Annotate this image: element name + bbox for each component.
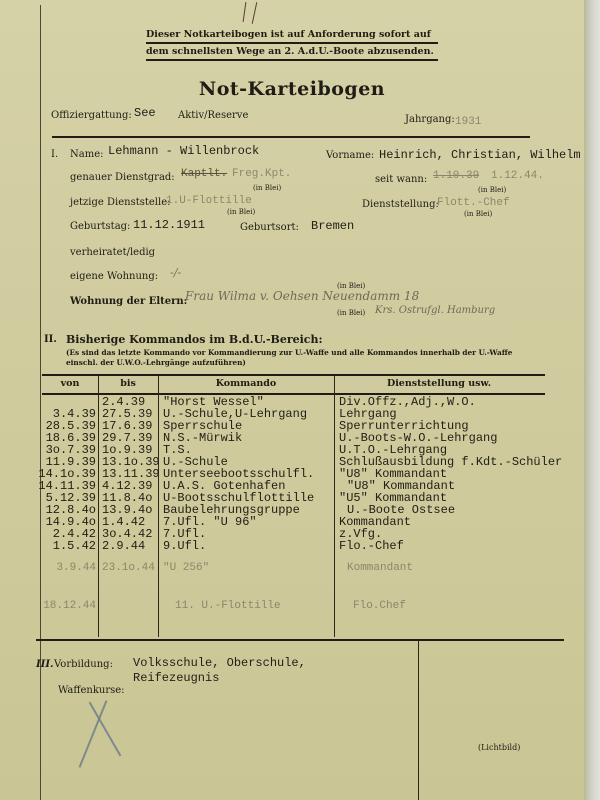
notice-line-1: Dieser Notkarteibogen ist auf Anforderun… [146,27,438,44]
vorname-value: Heinrich, Christian, Wilhelm [379,148,581,162]
verheiratet-ledig-label: verheiratet/ledig [70,247,155,258]
column-header-dienststellung: Dienststellung usw. [334,378,544,389]
table-cell-dienststellung: Flo.Chef [339,600,593,612]
notice-line-2: dem schnellsten Wege an 2. A.d.U.-Boote … [146,44,438,61]
in-blei-note: (in Blei) [337,309,365,317]
section-2-note-1: (Es sind das letzte Kommando vor Kommand… [66,348,512,357]
margin-line [40,5,41,800]
name-label: Name: [70,149,103,160]
photo-placeholder-label: (Lichtbild) [478,743,520,752]
column-header-von: von [42,378,98,389]
section-1-numeral: I. [51,149,58,160]
geburtsort-label: Geburtsort: [240,222,299,233]
waffenkurse-label: Waffenkurse: [58,685,125,696]
in-blei-note: (in Blei) [227,208,255,216]
page-title: Not-Karteibogen [0,78,584,100]
column-header-bis: bis [98,378,158,389]
section-2-numeral: II. [44,334,57,345]
geburtsort-value: Bremen [311,219,354,233]
section-3-numeral: III. [36,659,54,670]
page-edge [584,0,600,800]
aktiv-reserve-label: Aktiv/Reserve [178,110,248,121]
vorbildung-value-1: Volksschule, Oberschule, [133,656,306,670]
in-blei-note: (in Blei) [253,184,281,192]
table-cell-kommando: 9.Ufl. [163,540,343,552]
in-blei-note: (in Blei) [464,210,492,218]
table-cell-von: 1.5.42 [38,540,96,552]
dienststellung-value: Flott.-Chef [437,197,510,209]
geburtstag-label: Geburtstag: [70,221,130,232]
in-blei-note: (in Blei) [478,186,506,194]
dienststelle-label: jetzige Dienststelle: [70,197,170,208]
wohnung-eltern-value: Frau Wilma v. Oehsen Neuendamm 18 [185,289,419,303]
wohnung-eltern-label: Wohnung der Eltern: [70,296,187,307]
name-value: Lehmann - Willenbrock [108,144,259,158]
vorname-label: Vorname: [326,150,374,161]
photo-box-divider [418,640,419,800]
jahrgang-label: Jahrgang: [405,114,455,125]
table-cell-dienststellung: Kommandant [339,562,587,574]
dienststellung-label: Dienststellung: [362,199,439,210]
table-cell-kommando: "U 256" [163,562,343,574]
dienstgrad-struck: Kaptlt. [181,168,227,180]
offiziergattung-value: See [134,106,156,120]
wohnung-eltern-value-2: Krs. Ostrufgl. Hamburg [375,305,495,316]
jahrgang-value: 1931 [455,116,481,128]
dienststelle-value: 1.U-Flottille [166,195,252,207]
eigene-wohnung-label: eigene Wohnung: [70,271,158,282]
table-cell-kommando: 11. U.-Flottille [163,600,355,612]
vorbildung-label: Vorbildung: [54,659,113,670]
table-top-rule [42,374,545,376]
table-cell-bis: 23.1o.44 [102,562,162,574]
table-cell-bis: 2.9.44 [102,540,162,552]
section-2-title: Bisherige Kommandos im B.d.U.-Bereich: [66,333,323,346]
seit-wann-label: seit wann: [375,174,427,185]
col-divider [98,375,99,637]
column-header-kommando: Kommando [158,378,334,389]
dispatch-notice: Dieser Notkarteibogen ist auf Anforderun… [146,27,438,61]
table-cell-von: 18.12.44 [38,600,96,612]
geburtstag-value: 11.12.1911 [133,218,205,232]
table-bottom-rule [36,639,564,641]
table-cell-dienststellung: Flo.-Chef [339,540,579,552]
dienstgrad-label: genauer Dienstgrad: [70,172,175,183]
table-cell-von: 3.9.44 [38,562,96,574]
eigene-wohnung-value: -/- [170,266,181,279]
vorbildung-value-2: Reifezeugnis [133,671,219,685]
seit-wann-struck: 1.10.39 [433,170,479,182]
offiziergattung-label: Offiziergattung: [51,110,132,121]
section-2-note-2: einschl. der U.W.O.-Lehrgänge aufzuführe… [66,358,246,367]
dienstgrad-value: Freg.Kpt. [232,168,291,180]
header-rule [52,136,530,138]
seit-wann-value: 1.12.44. [491,170,544,182]
